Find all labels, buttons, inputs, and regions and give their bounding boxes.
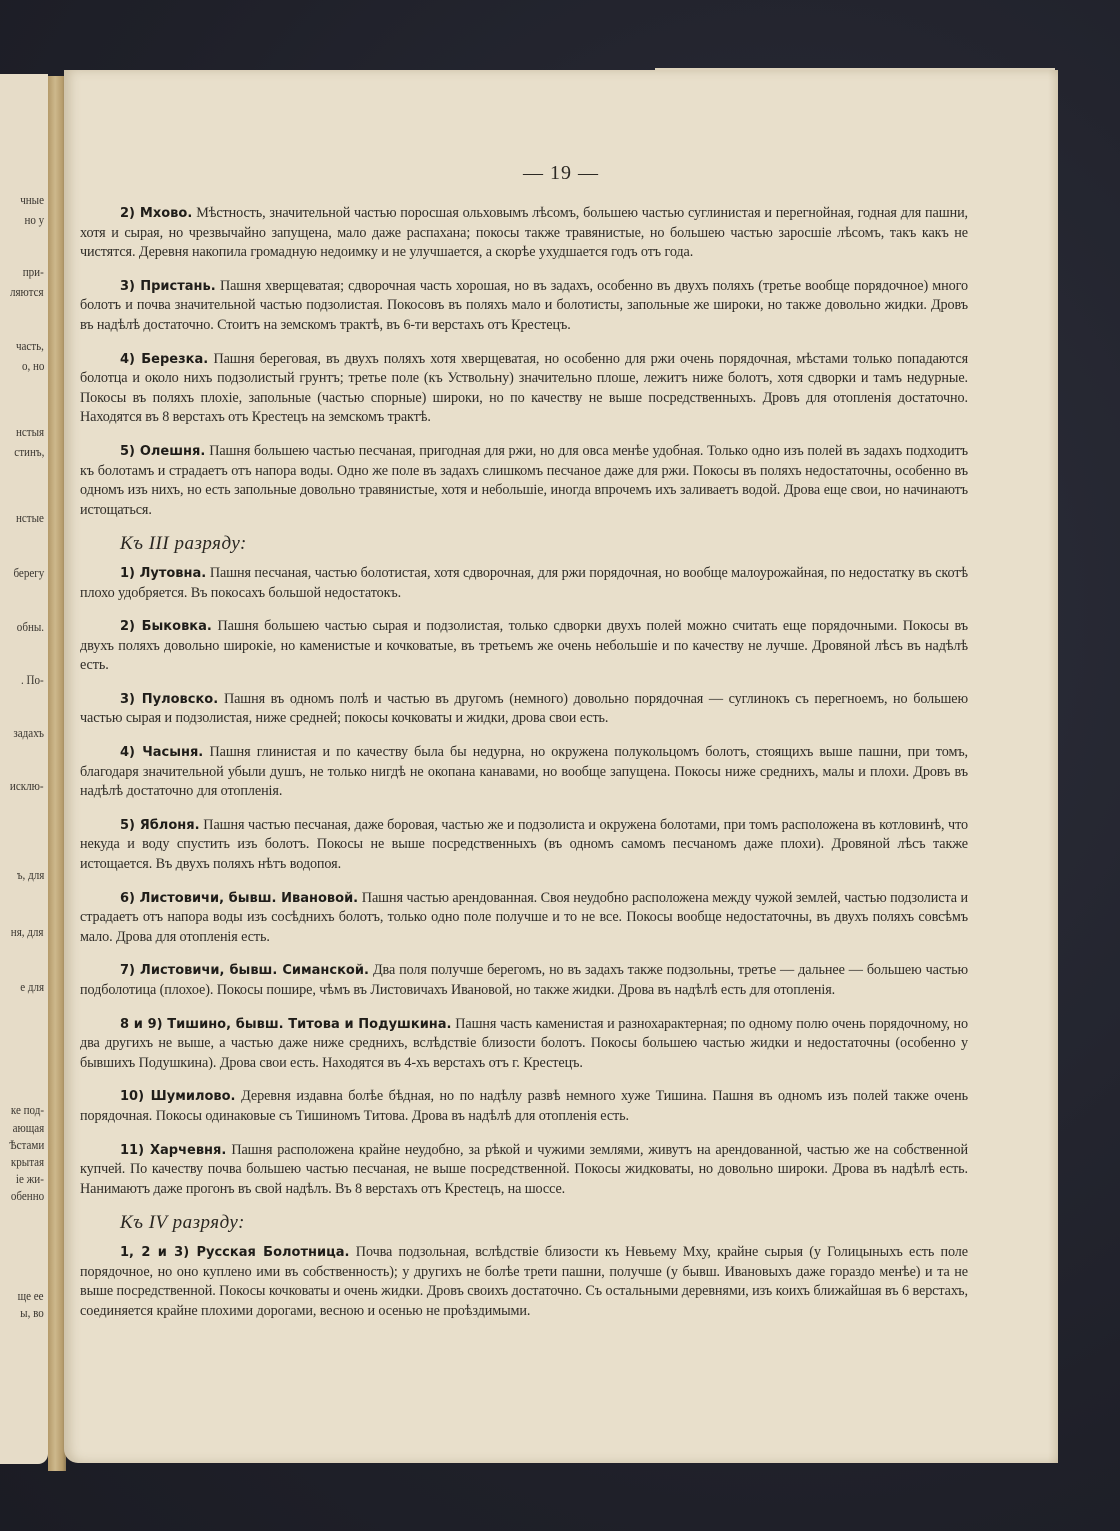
entry-bykovka: 2) Быковка. Пашня большею частью сырая и… <box>80 617 968 676</box>
left-page-text-fragment: чные <box>20 192 44 208</box>
village-name: 11) Харчевня. <box>120 1143 226 1158</box>
entry-russkaya-bolotnitsa: 1, 2 и 3) Русская Болотница. Почва подзо… <box>80 1243 968 1321</box>
left-page-text-fragment: Ѣстами <box>9 1137 44 1153</box>
section-heading: Къ IV разряду: <box>120 1213 968 1233</box>
village-name: 6) Листовичи, бывш. Ивановой. <box>120 891 358 906</box>
left-page-text-fragment: ляются <box>10 284 44 300</box>
left-page-text-fragment: ъ, для <box>17 867 44 883</box>
entry-pulovsko: 3) Пуловско. Пашня въ одномъ полѣ и част… <box>80 690 968 729</box>
village-name: 5) Олешня. <box>120 444 205 459</box>
village-name: 3) Пуловско. <box>120 692 218 707</box>
left-page-text-fragment: . По- <box>21 672 44 688</box>
document-page: — 19 — 2) Мхово. Мѣстность, значительной… <box>64 70 1058 1463</box>
left-page-text-fragment: обны. <box>17 619 44 635</box>
left-page-text-fragment: о, но <box>22 358 44 374</box>
left-page-text-fragment: ще ее <box>18 1288 44 1304</box>
left-page-text-fragment: берегу <box>13 565 44 581</box>
entry-text: Пашня песчаная, частью болотистая, хотя … <box>80 565 968 601</box>
entry-kharchevnya: 11) Харчевня. Пашня расположена крайне н… <box>80 1141 968 1200</box>
left-page-text-fragment: ающая <box>12 1120 44 1136</box>
entry-text: Пашня большею частью песчаная, пригодная… <box>80 443 968 518</box>
left-page-text-fragment: обенно <box>11 1188 44 1204</box>
entry-mkhovo: 2) Мхово. Мѣстность, значительной частью… <box>80 204 968 263</box>
section-category-3: Къ III разряду: 1) Лутовна. Пашня песчан… <box>80 534 968 1199</box>
left-page-text-fragment: но у <box>24 212 44 228</box>
entry-shumilovo: 10) Шумилово. Деревня издавна болѣе бѣдн… <box>80 1087 968 1126</box>
section-heading: Къ III разряду: <box>120 534 968 554</box>
left-page-fragment: чныено упри-ляютсячасть,о, нонстыястинъ,… <box>0 74 48 1464</box>
village-name: 3) Пристань. <box>120 279 216 294</box>
left-page-text-fragment: нстые <box>16 510 44 526</box>
village-name: 1) Лутовна. <box>120 566 206 581</box>
entry-oleshnya: 5) Олешня. Пашня большею частью песчаная… <box>80 442 968 520</box>
left-page-text-fragment: при- <box>23 264 44 280</box>
page-content: 2) Мхово. Мѣстность, значительной частью… <box>80 204 968 1335</box>
section-continuation: 2) Мхово. Мѣстность, значительной частью… <box>80 204 968 520</box>
entry-text: Пашня глинистая и по качеству была бы не… <box>80 744 968 799</box>
entry-text: Пашня частью песчаная, даже боровая, час… <box>80 817 968 872</box>
section-category-4: Къ IV разряду: 1, 2 и 3) Русская Болотни… <box>80 1213 968 1321</box>
left-page-text-fragment: ке под- <box>11 1102 44 1118</box>
entry-text: Мѣстность, значительной частью поросшая … <box>80 205 968 260</box>
entry-berezka: 4) Березка. Пашня береговая, въ двухъ по… <box>80 350 968 428</box>
village-name: 1, 2 и 3) Русская Болотница. <box>120 1245 349 1260</box>
left-page-text-fragment: задахъ <box>13 725 44 741</box>
left-page-text-fragment: нстыя <box>16 424 44 440</box>
entry-text: Пашня большею частью сырая и подзолистая… <box>80 618 968 673</box>
entry-chasynya: 4) Часыня. Пашня глинистая и по качеству… <box>80 743 968 802</box>
left-page-text-fragment: ы, во <box>20 1305 44 1321</box>
entry-pristan: 3) Пристань. Пашня хверщеватая; сдворочн… <box>80 277 968 336</box>
entry-yablonya: 5) Яблоня. Пашня частью песчаная, даже б… <box>80 816 968 875</box>
left-page-text-fragment: ня, для <box>11 924 44 940</box>
village-name: 8 и 9) Тишино, бывш. Титова и Подушкина. <box>120 1017 452 1032</box>
left-page-text-fragment: іе жи- <box>16 1171 44 1187</box>
village-name: 2) Быковка. <box>120 619 212 634</box>
entry-listovichi-ivanovoy: 6) Листовичи, бывш. Ивановой. Пашня част… <box>80 889 968 948</box>
village-name: 2) Мхово. <box>120 206 192 221</box>
left-page-text-fragment: крытая <box>11 1154 44 1170</box>
village-name: 5) Яблоня. <box>120 818 200 833</box>
village-name: 7) Листовичи, бывш. Симанской. <box>120 963 369 978</box>
left-page-text-fragment: часть, <box>16 338 44 354</box>
entry-tishino: 8 и 9) Тишино, бывш. Титова и Подушкина.… <box>80 1015 968 1074</box>
left-page-text-fragment: е для <box>20 979 44 995</box>
village-name: 4) Часыня. <box>120 745 203 760</box>
left-page-text-fragment: стинъ, <box>14 444 44 460</box>
village-name: 4) Березка. <box>120 352 208 367</box>
entry-lutovna: 1) Лутовна. Пашня песчаная, частью болот… <box>80 564 968 603</box>
entry-listovichi-simanskoy: 7) Листовичи, бывш. Симанской. Два поля … <box>80 961 968 1000</box>
entry-text: Пашня береговая, въ двухъ поляхъ хотя хв… <box>80 351 968 426</box>
page-number: — 19 — <box>64 162 1058 185</box>
village-name: 10) Шумилово. <box>120 1089 236 1104</box>
left-page-text-fragment: исклю- <box>10 778 44 794</box>
